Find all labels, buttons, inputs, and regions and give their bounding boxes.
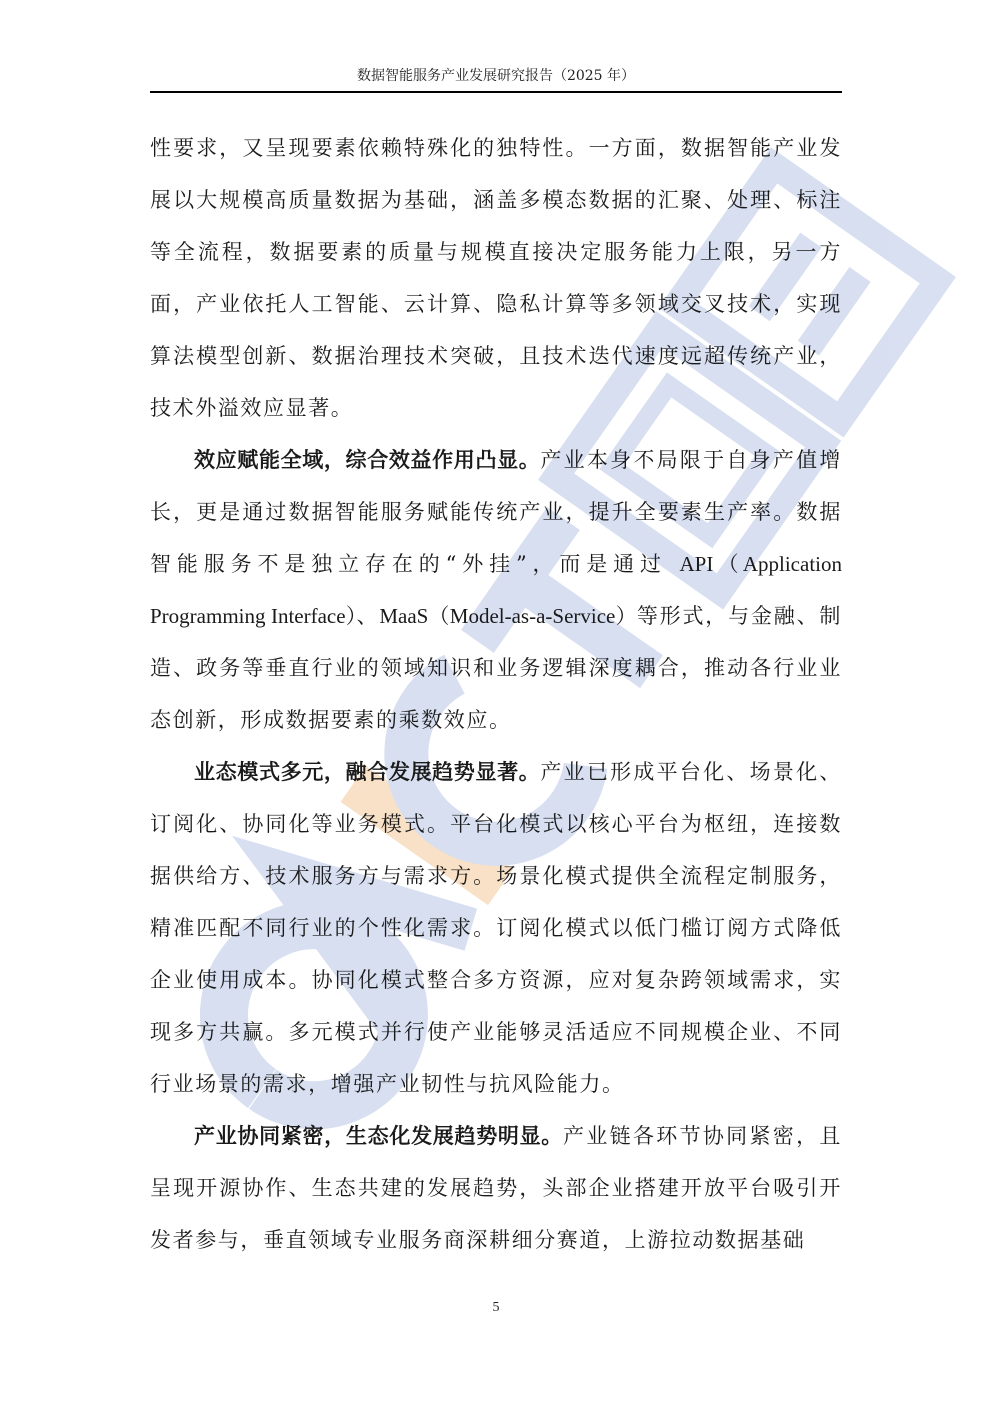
paragraph-continuation: 性要求，又呈现要素依赖特殊化的独特性。一方面，数据智能产业发展以大规模高质量数据… (150, 122, 842, 434)
paragraph-text: 产业已形成平台化、场景化、订阅化、协同化等业务模式。平台化模式以核心平台为枢纽，… (150, 760, 842, 1096)
paragraph-lead-heading: 业态模式多元，融合发展趋势显著。 (194, 760, 540, 784)
maas-term: MaaS（Model-as-a-Service） (379, 604, 636, 628)
paragraph-industry-synergy: 产业协同紧密，生态化发展趋势明显。产业链各环节协同紧密，且呈现开源协作、生态共建… (150, 1110, 842, 1266)
paragraph-lead-heading: 效应赋能全域，综合效益作用凸显。 (194, 448, 540, 472)
paragraph-lead-heading: 产业协同紧密，生态化发展趋势明显。 (194, 1124, 563, 1148)
paragraph-text: 、 (357, 604, 380, 628)
page-number: 5 (0, 1300, 992, 1316)
paragraph-business-models: 业态模式多元，融合发展趋势显著。产业已形成平台化、场景化、订阅化、协同化等业务模… (150, 746, 842, 1110)
paragraph-empowerment: 效应赋能全域，综合效益作用凸显。产业本身不局限于自身产值增长，更是通过数据智能服… (150, 434, 842, 746)
header-divider (150, 91, 842, 93)
paragraph-text: 性要求，又呈现要素依赖特殊化的独特性。一方面，数据智能产业发展以大规模高质量数据… (150, 136, 842, 420)
running-header: 数据智能服务产业发展研究报告（2025 年） (150, 66, 842, 86)
document-body: 性要求，又呈现要素依赖特殊化的独特性。一方面，数据智能产业发展以大规模高质量数据… (150, 122, 842, 1266)
